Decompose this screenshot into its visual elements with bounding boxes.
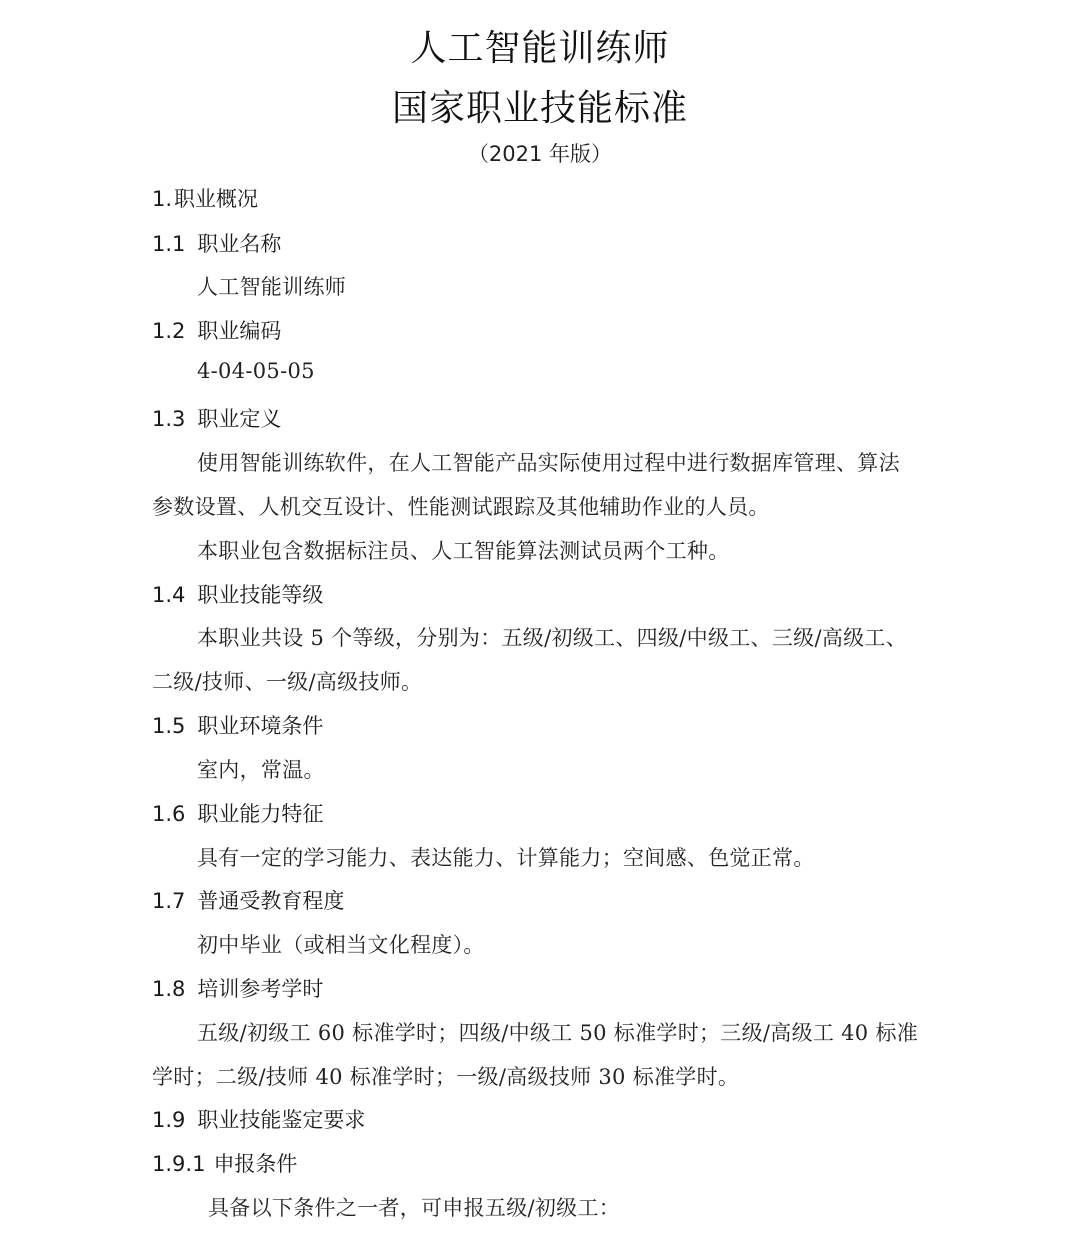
heading-title: 职业技能鉴定要求 [197,1108,365,1132]
paragraph: 4-04-05-05 [197,359,315,383]
heading-title: 职业定义 [197,407,281,431]
heading-1: 1.职业概况 [152,183,258,213]
heading-number: 1.2 [152,319,185,343]
heading-number: 1.5 [152,714,185,738]
heading-1-9-1: 1.9.1申报条件 [152,1148,297,1178]
paragraph: 使用智能训练软件，在人工智能产品实际使用过程中进行数据库管理、算法 [197,447,900,477]
heading-1-3: 1.3职业定义 [152,403,281,433]
heading-title: 申报条件 [213,1152,297,1176]
paragraph: 本职业共设 5 个等级，分别为：五级/初级工、四级/中级工、三级/高级工、 [197,622,907,652]
paragraph: 二级/技师、一级/高级技师。 [152,666,422,696]
heading-number: 1.3 [152,407,185,431]
heading-number: 1.7 [152,889,185,913]
heading-1-5: 1.5职业环境条件 [152,710,323,740]
paragraph: 本职业包含数据标注员、人工智能算法测试员两个工种。 [197,535,730,565]
heading-number: 1.9.1 [152,1152,205,1176]
heading-title: 职业概况 [174,187,258,211]
heading-1-6: 1.6职业能力特征 [152,798,323,828]
heading-number: 1.8 [152,977,185,1001]
paragraph: 具有一定的学习能力、表达能力、计算能力；空间感、色觉正常。 [197,842,815,872]
heading-title: 职业能力特征 [197,802,323,826]
heading-title: 职业编码 [197,319,281,343]
heading-1-4: 1.4职业技能等级 [152,579,323,609]
heading-title: 普通受教育程度 [197,889,344,913]
paragraph: 参数设置、人机交互设计、性能测试跟踪及其他辅助作业的人员。 [152,491,770,521]
edition-label: （2021 年版） [0,138,1080,168]
heading-1-2: 1.2职业编码 [152,315,281,345]
paragraph: 室内，常温。 [197,754,325,784]
heading-number: 1.4 [152,583,185,607]
heading-title: 培训参考学时 [197,977,323,1001]
document-title-line2: 国家职业技能标准 [0,80,1080,131]
paragraph: 学时；二级/技师 40 标准学时；一级/高级技师 30 标准学时。 [152,1061,739,1091]
heading-title: 职业环境条件 [197,714,323,738]
heading-1-1: 1.1职业名称 [152,228,281,258]
paragraph: 人工智能训练师 [197,271,346,301]
heading-number: 1.9 [152,1108,185,1132]
paragraph: 具备以下条件之一者，可申报五级/初级工： [208,1192,620,1222]
paragraph: 五级/初级工 60 标准学时；四级/中级工 50 标准学时；三级/高级工 40 … [197,1017,918,1047]
heading-1-7: 1.7普通受教育程度 [152,885,344,915]
heading-number: 1.6 [152,802,185,826]
paragraph: 初中毕业（或相当文化程度）。 [197,929,485,959]
document-title-line1: 人工智能训练师 [0,20,1080,71]
heading-1-8: 1.8培训参考学时 [152,973,323,1003]
heading-1-9: 1.9职业技能鉴定要求 [152,1104,365,1134]
heading-number: 1. [152,187,172,211]
heading-title: 职业技能等级 [197,583,323,607]
heading-number: 1.1 [152,232,185,256]
heading-title: 职业名称 [197,232,281,256]
